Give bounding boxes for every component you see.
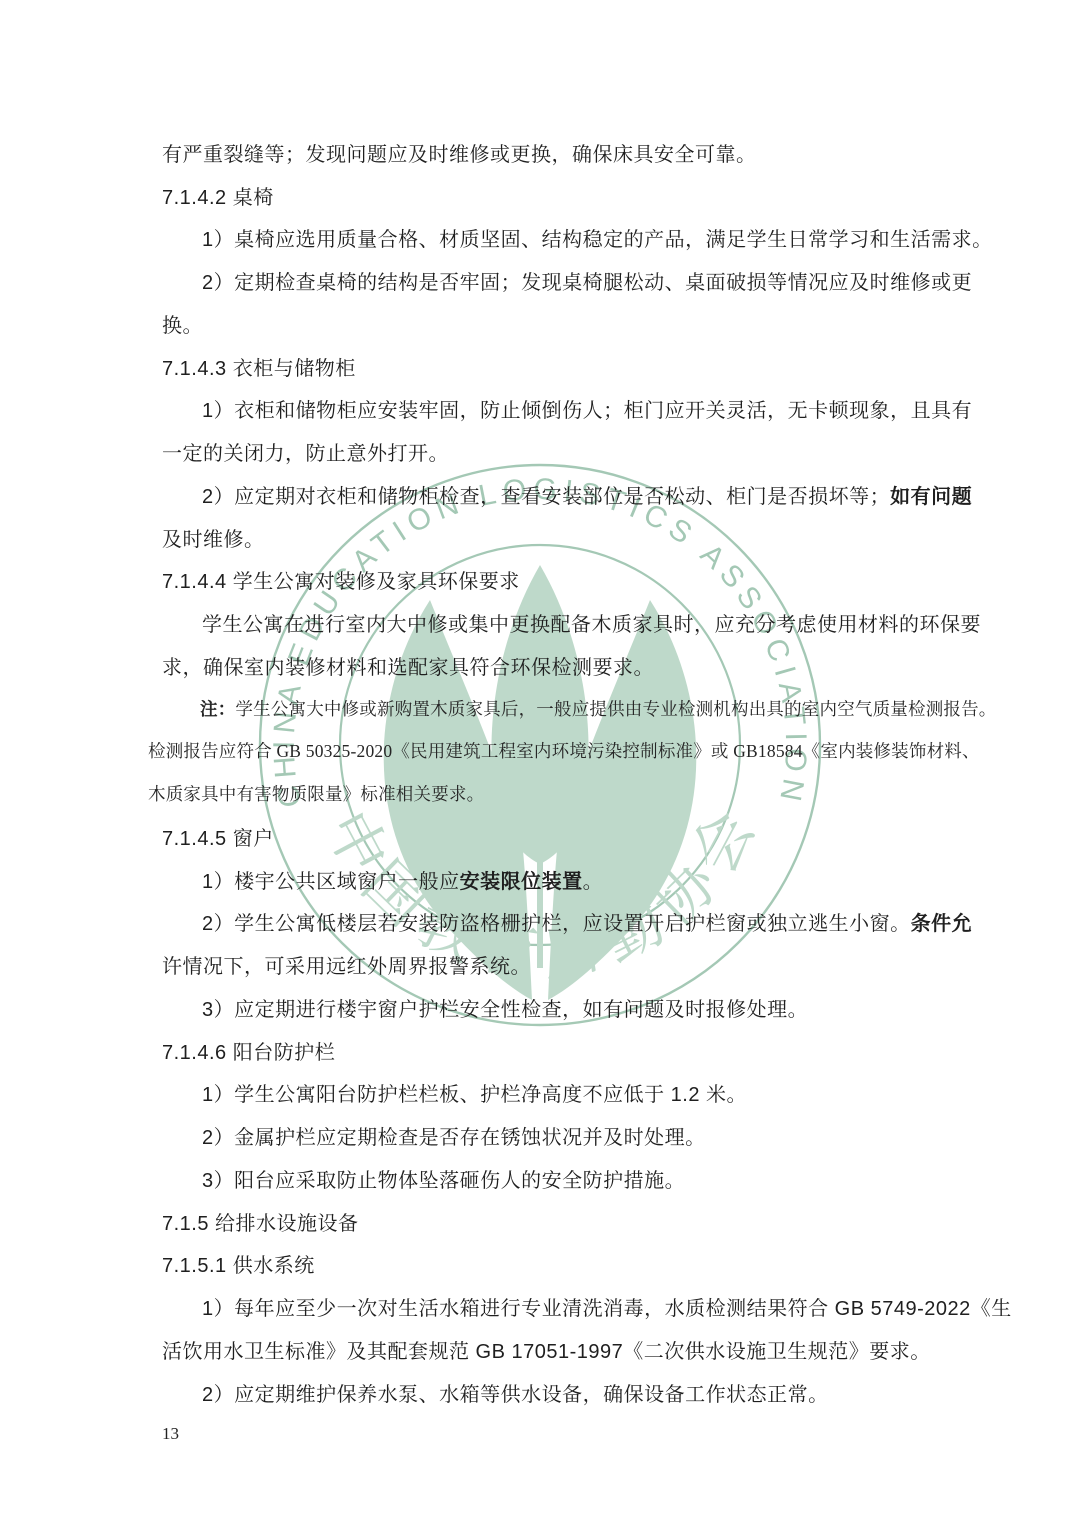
text-line: 1）桌椅应选用质量合格、材质坚固、结构稳定的产品，满足学生日常学习和生活需求。 xyxy=(162,217,932,260)
text-run: 1）每年应至少一次对生活水箱进行专业清洗消毒，水质检测结果符合 GB 5749-… xyxy=(202,1292,1012,1321)
text-run: 1）桌椅应选用质量合格、材质坚固、结构稳定的产品，满足学生日常学习和生活需求。 xyxy=(202,223,993,252)
text-run: 有严重裂缝等；发现问题应及时维修或更换，确保床具安全可靠。 xyxy=(162,138,757,167)
document-page: CHINA EDUCATION LOGISTICS ASSOCIATION 中国… xyxy=(0,0,1080,1527)
text-run: 1）楼宇公共区域窗户一般应 xyxy=(202,865,460,894)
bold-text-run: 条件允 xyxy=(911,907,973,936)
text-line: 2）学生公寓低楼层若安装防盗格栅护栏，应设置开启护栏窗或独立逃生小窗。条件允 xyxy=(162,901,932,944)
bold-text-run: 如有问题 xyxy=(890,480,972,509)
text-line: 木质家具中有害物质限量》标准相关要求。 xyxy=(148,772,932,815)
text-run: 1）学生公寓阳台防护栏栏板、护栏净高度不应低于 1.2 米。 xyxy=(202,1078,747,1107)
text-run: 3）应定期进行楼宇窗户护栏安全性检查，如有问题及时报修处理。 xyxy=(202,993,808,1022)
text-run: 7.1.4.6 阳台防护栏 xyxy=(162,1036,335,1065)
text-line: 1）每年应至少一次对生活水箱进行专业清洗消毒，水质检测结果符合 GB 5749-… xyxy=(162,1285,932,1328)
text-run: 3）阳台应采取防止物体坠落砸伤人的安全防护措施。 xyxy=(202,1164,685,1193)
document-body: 有严重裂缝等；发现问题应及时维修或更换，确保床具安全可靠。7.1.4.2 桌椅1… xyxy=(162,131,932,1454)
text-line: 学生公寓在进行室内大中修或集中更换配备木质家具时，应充分考虑使用材料的环保要 xyxy=(162,601,932,644)
text-run: 求，确保室内装修材料和选配家具符合环保检测要求。 xyxy=(162,651,654,680)
text-line: 1）学生公寓阳台防护栏栏板、护栏净高度不应低于 1.2 米。 xyxy=(162,1072,932,1115)
text-run: 7.1.5 给排水设施设备 xyxy=(162,1207,359,1236)
text-line: 有严重裂缝等；发现问题应及时维修或更换，确保床具安全可靠。 xyxy=(162,131,932,174)
text-run: 2）应定期对衣柜和储物柜检查，查看安装部位是否松动、柜门是否损坏等； xyxy=(202,480,890,509)
text-run: 木质家具中有害物质限量》标准相关要求。 xyxy=(148,781,484,806)
text-run: 学生公寓大中修或新购置木质家具后，一般应提供由专业检测机构出具的室内空气质量检测… xyxy=(235,696,996,721)
text-line: 2）定期检查桌椅的结构是否牢固；发现桌椅腿松动、桌面破损等情况应及时维修或更 xyxy=(162,259,932,302)
text-line: 求，确保室内装修材料和选配家具符合环保检测要求。 xyxy=(162,644,932,687)
text-line: 1）楼宇公共区域窗户一般应安装限位装置。 xyxy=(162,858,932,901)
text-line: 7.1.4.4 学生公寓对装修及家具环保要求 xyxy=(162,559,932,602)
page-number: 13 xyxy=(162,1414,932,1454)
text-line: 2）应定期对衣柜和储物柜检查，查看安装部位是否松动、柜门是否损坏等；如有问题 xyxy=(162,473,932,516)
text-line: 3）阳台应采取防止物体坠落砸伤人的安全防护措施。 xyxy=(162,1157,932,1200)
text-line: 2）应定期维护保养水泵、水箱等供水设备，确保设备工作状态正常。 xyxy=(162,1371,932,1414)
text-run: 许情况下，可采用远红外周界报警系统。 xyxy=(162,950,531,979)
text-run: 7.1.4.3 衣柜与储物柜 xyxy=(162,352,356,381)
text-line: 2）金属护栏应定期检查是否存在锈蚀状况并及时处理。 xyxy=(162,1114,932,1157)
text-run: 活饮用水卫生标准》及其配套规范 GB 17051-1997《二次供水设施卫生规范… xyxy=(162,1335,931,1364)
text-run: 学生公寓在进行室内大中修或集中更换配备木质家具时，应充分考虑使用材料的环保要 xyxy=(202,608,981,637)
text-line: 活饮用水卫生标准》及其配套规范 GB 17051-1997《二次供水设施卫生规范… xyxy=(162,1328,932,1371)
text-run: 2）金属护栏应定期检查是否存在锈蚀状况并及时处理。 xyxy=(202,1121,706,1150)
text-line: 3）应定期进行楼宇窗户护栏安全性检查，如有问题及时报修处理。 xyxy=(162,986,932,1029)
text-run: 1）衣柜和储物柜应安装牢固，防止倾倒伤人；柜门应开关灵活，无卡顿现象，且具有 xyxy=(202,394,972,423)
text-line: 换。 xyxy=(162,302,932,345)
text-run: 。 xyxy=(583,865,604,894)
text-run: 2）应定期维护保养水泵、水箱等供水设备，确保设备工作状态正常。 xyxy=(202,1378,829,1407)
text-line: 7.1.4.5 窗户 xyxy=(162,815,932,858)
text-run: 2）定期检查桌椅的结构是否牢固；发现桌椅腿松动、桌面破损等情况应及时维修或更 xyxy=(202,266,972,295)
text-line: 一定的关闭力，防止意外打开。 xyxy=(162,430,932,473)
text-line: 注：学生公寓大中修或新购置木质家具后，一般应提供由专业检测机构出具的室内空气质量… xyxy=(148,687,932,730)
text-line: 7.1.4.3 衣柜与储物柜 xyxy=(162,345,932,388)
text-run: 7.1.4.2 桌椅 xyxy=(162,181,274,210)
text-line: 7.1.4.6 阳台防护栏 xyxy=(162,1029,932,1072)
text-run: 检测报告应符合 GB 50325-2020《民用建筑工程室内环境污染控制标准》或… xyxy=(148,738,980,763)
text-line: 7.1.5 给排水设施设备 xyxy=(162,1200,932,1243)
text-line: 1）衣柜和储物柜应安装牢固，防止倾倒伤人；柜门应开关灵活，无卡顿现象，且具有 xyxy=(162,388,932,431)
bold-text-run: 安装限位装置 xyxy=(460,865,583,894)
text-run: 7.1.4.4 学生公寓对装修及家具环保要求 xyxy=(162,565,520,594)
text-line: 7.1.4.2 桌椅 xyxy=(162,174,932,217)
text-run: 换。 xyxy=(162,309,203,338)
text-line: 7.1.5.1 供水系统 xyxy=(162,1243,932,1286)
text-run: 及时维修。 xyxy=(162,523,265,552)
text-run: 7.1.5.1 供水系统 xyxy=(162,1249,315,1278)
text-run: 7.1.4.5 窗户 xyxy=(162,822,274,851)
text-run: 一定的关闭力，防止意外打开。 xyxy=(162,437,449,466)
bold-text-run: 注： xyxy=(200,696,235,721)
text-line: 检测报告应符合 GB 50325-2020《民用建筑工程室内环境污染控制标准》或… xyxy=(148,730,932,773)
text-run: 2）学生公寓低楼层若安装防盗格栅护栏，应设置开启护栏窗或独立逃生小窗。 xyxy=(202,907,911,936)
text-line: 许情况下，可采用远红外周界报警系统。 xyxy=(162,943,932,986)
text-line: 及时维修。 xyxy=(162,516,932,559)
